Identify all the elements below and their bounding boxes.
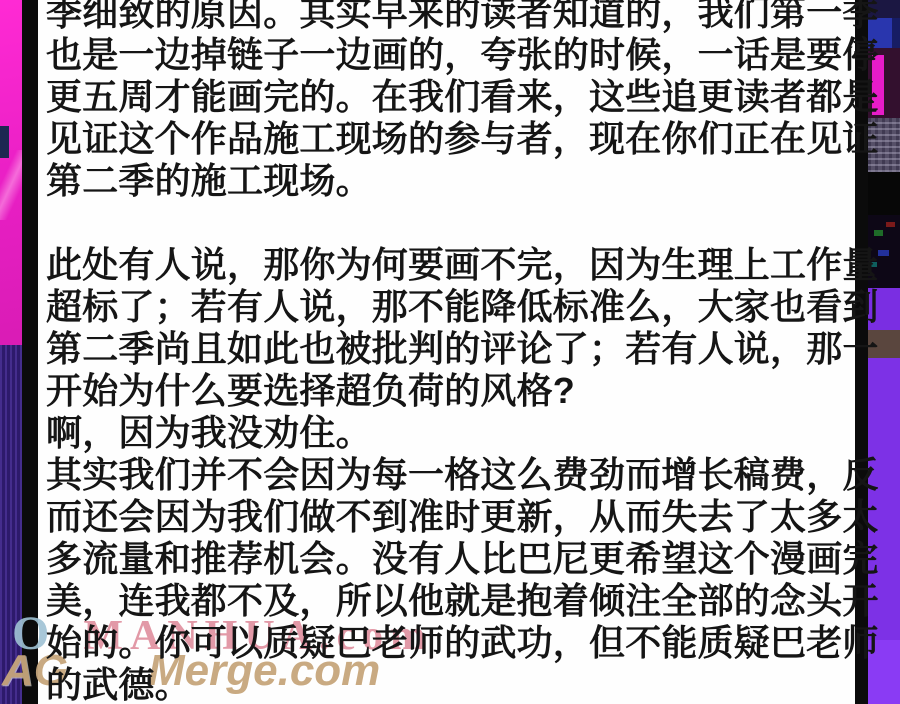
comic-text-line: 而还会因为我们做不到准时更新，从而失去了太多太 <box>46 496 852 538</box>
comic-text-line: 开始为什么要选择超负荷的风格? <box>46 370 852 412</box>
comic-text-line: 超标了；若有人说，那不能降低标准么，大家也看到 <box>46 286 852 328</box>
left-glitch-strip <box>0 0 22 704</box>
glitch-speck <box>886 222 895 227</box>
comic-text-line: 更五周才能画完的。在我们看来，这些追更读者都是 <box>46 76 852 118</box>
comic-text-line: 季细致的原因。其实早来的读者知道的，我们第一季 <box>46 0 852 34</box>
left-strip-light-streak <box>0 150 22 220</box>
comic-text-line: 其实我们并不会因为每一格这么费劲而增长稿费，反 <box>46 454 852 496</box>
right-strip-black-segment <box>868 172 900 215</box>
comic-text-line: 美，连我都不及，所以他就是抱着倾注全部的念头开 <box>46 580 852 622</box>
panel-border-left <box>22 0 38 704</box>
comic-text-line: 第二季尚且如此也被批判的评论了；若有人说，那一 <box>46 328 852 370</box>
comic-page: OMANHUA.com AG Merge.com 季细致的原因。其实早来的读者知… <box>0 0 900 704</box>
glitch-speck <box>878 250 889 256</box>
comic-text-line-blank <box>46 202 852 244</box>
comic-text-line: 也是一边掉链子一边画的，夸张的时候，一话是要停 <box>46 34 852 76</box>
comic-text-line: 第二季的施工现场。 <box>46 160 852 202</box>
comic-text-line: 多流量和推荐机会。没有人比巴尼更希望这个漫画完 <box>46 538 852 580</box>
comic-text-line: 始的。你可以质疑巴老师的武功，但不能质疑巴老师 <box>46 622 852 664</box>
comic-text-line: 的武德。 <box>46 664 852 704</box>
comic-text-line: 见证这个作品施工现场的参与者，现在你们正在见证 <box>46 118 852 160</box>
comic-text-line: 此处有人说，那你为何要画不完，因为生理上工作量 <box>46 244 852 286</box>
author-note-text-block: 季细致的原因。其实早来的读者知道的，我们第一季 也是一边掉链子一边画的，夸张的时… <box>46 0 852 704</box>
glitch-speck <box>874 230 883 236</box>
comic-text-line: 啊，因为我没劝住。 <box>46 412 852 454</box>
